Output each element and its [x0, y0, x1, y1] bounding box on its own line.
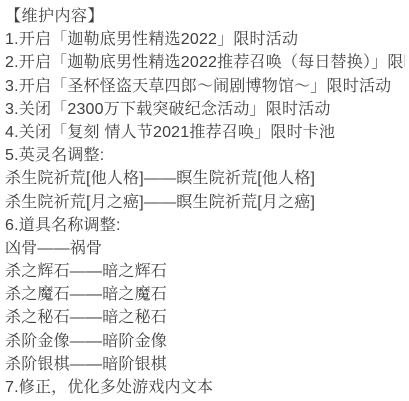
text-line-event-close-1: 3.关闭「2300万下载突破纪念活动」限时活动: [5, 98, 405, 121]
text-line-servant-rename-1: 杀生院祈荒[他人格]——瞑生院祈荒[他人格]: [5, 167, 405, 190]
text-line-event-open-3: 3.开启「圣杯怪盗天草四郎～闹剧博物馆～」限时活动: [5, 75, 405, 98]
text-line-item-rename-3: 杀之魔石——暗之魔石: [5, 283, 405, 306]
text-line-event-open-2: 2.开启「迦勒底男性精选2022推荐召唤（每日替换）」限时卡池: [5, 51, 405, 74]
text-line-item-rename-6: 杀阶银棋——暗阶银棋: [5, 353, 405, 376]
section-heading-servant-rename: 5.英灵名调整:: [5, 144, 405, 167]
text-line-item-rename-4: 杀之秘石——暗之秘石: [5, 306, 405, 329]
maintenance-notes: 【维护内容】 1.开启「迦勒底男性精选2022」限时活动 2.开启「迦勒底男性精…: [0, 0, 409, 401]
text-line-item-rename-2: 杀之辉石——暗之辉石: [5, 260, 405, 283]
page-title: 【维护内容】: [5, 5, 405, 28]
text-line-text-fixes: 7.修正，优化多处游戏内文本: [5, 376, 405, 399]
text-line-event-close-2: 4.关闭「复刻 情人节2021推荐召唤」限时卡池: [5, 121, 405, 144]
text-line-item-rename-1: 凶骨——祸骨: [5, 237, 405, 260]
text-line-item-rename-5: 杀阶金像——暗阶金像: [5, 330, 405, 353]
text-line-event-open-1: 1.开启「迦勒底男性精选2022」限时活动: [5, 28, 405, 51]
section-heading-item-rename: 6.道具名称调整:: [5, 214, 405, 237]
text-line-servant-rename-2: 杀生院祈荒[月之癌]——瞑生院祈荒[月之癌]: [5, 191, 405, 214]
